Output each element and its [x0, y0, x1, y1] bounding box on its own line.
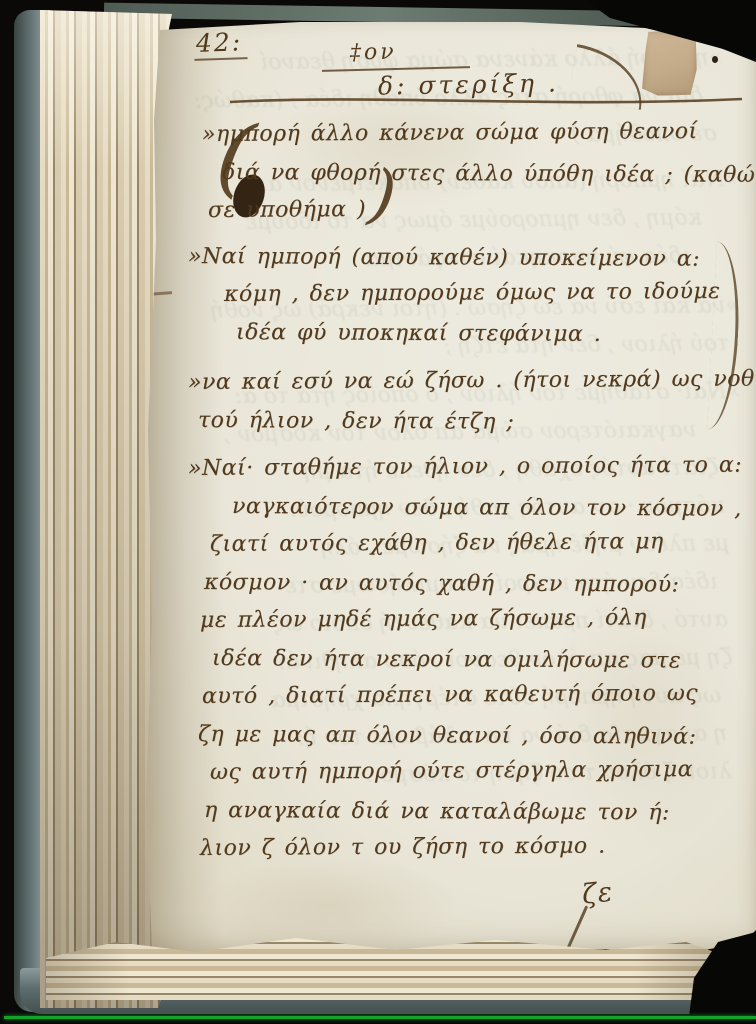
- manuscript-photo: »ημπορή άλλο κάνενα σώμα φύση θεανοίδιά …: [0, 0, 756, 1024]
- page-vignette: [140, 16, 756, 961]
- scanner-edge-line: [4, 1016, 756, 1019]
- manuscript-page: »ημπορή άλλο κάνενα σώμα φύση θεανοίδιά …: [140, 16, 756, 961]
